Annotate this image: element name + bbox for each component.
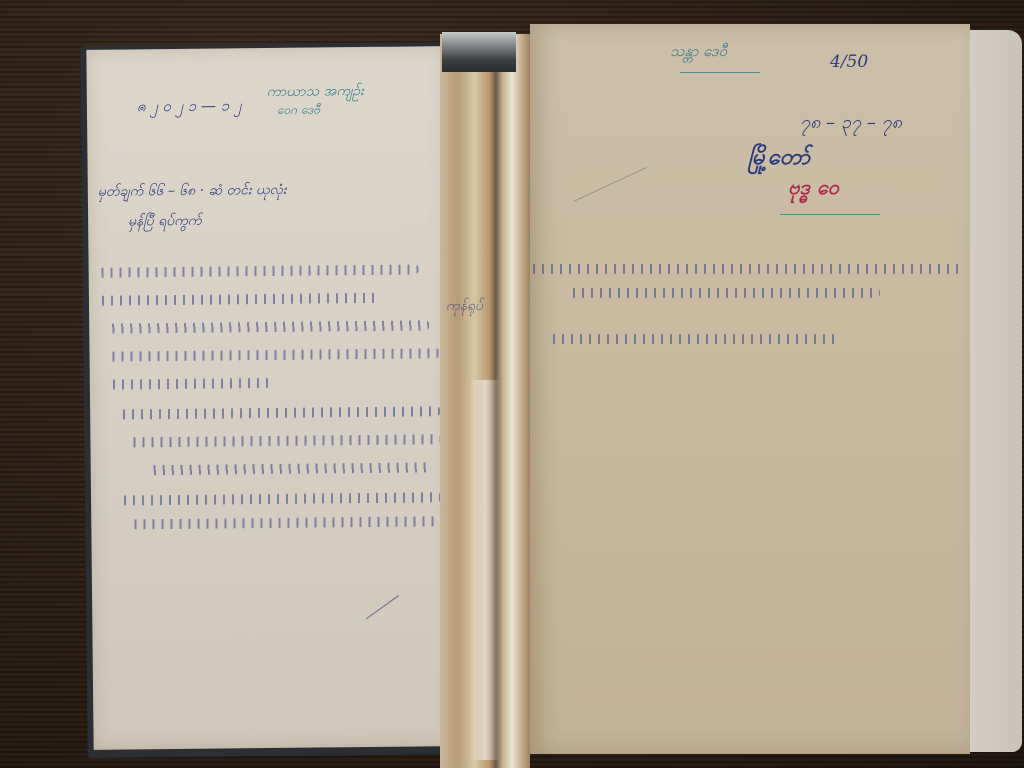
date-line: ၇၈ – ၃၇ – ၇၈ — [800, 110, 902, 137]
left-teal-note-2: ဝေဂ ဒေဗီ — [277, 101, 320, 119]
right-body-line — [570, 288, 880, 298]
title-line-2: ဗုဒ္ဓ ဝေ — [788, 174, 839, 204]
page-number: 4/50 — [830, 52, 868, 72]
pen-mark — [366, 595, 399, 619]
title-underline — [780, 214, 880, 215]
spine-gloss — [470, 380, 500, 760]
title-line-1: မြို့တော် — [748, 142, 810, 175]
inside-cover-page: ၐ ၂ ၀ ၂ ၁ — ၁ ၂ ကာယာသ အကျဉ်း ဝေဂ ဒေဗီ မှ… — [86, 46, 453, 750]
left-line-2: မှန်ပြီ ရပ်ကွက် — [128, 211, 202, 233]
label-underline — [680, 72, 760, 73]
right-top-label: သန္တာ ဒေဝီ — [670, 42, 727, 64]
handwritten-line — [99, 293, 379, 306]
spine-note: ကုန်ရုပ် — [446, 296, 483, 317]
handwritten-line — [110, 348, 440, 361]
right-body-line — [530, 264, 960, 274]
pencil-signature — [574, 167, 647, 202]
left-teal-note: ကာယာသ အကျဉ်း — [267, 81, 364, 103]
handwritten-line — [131, 516, 441, 529]
handwritten-line — [109, 320, 429, 333]
left-line-1: မှတ်ချက် ၆၆ – ၆၈ · ဆံ တင်း ယုလုံး — [98, 180, 287, 203]
handwritten-line — [151, 462, 431, 475]
left-heading-note: ၐ ၂ ၀ ၂ ၁ — ၁ ၂ — [137, 96, 242, 119]
handwritten-line — [121, 492, 441, 505]
right-body-line — [550, 334, 840, 344]
handwritten-line — [110, 378, 270, 390]
flyleaf-page: သန္တာ ဒေဝီ 4/50 ၇၈ – ၃၇ – ၇၈ မြို့တော် ဗ… — [530, 24, 970, 754]
handwritten-line — [99, 264, 419, 277]
handwritten-line — [120, 406, 440, 419]
spine-top-tape — [442, 32, 516, 72]
handwritten-line — [130, 434, 440, 447]
